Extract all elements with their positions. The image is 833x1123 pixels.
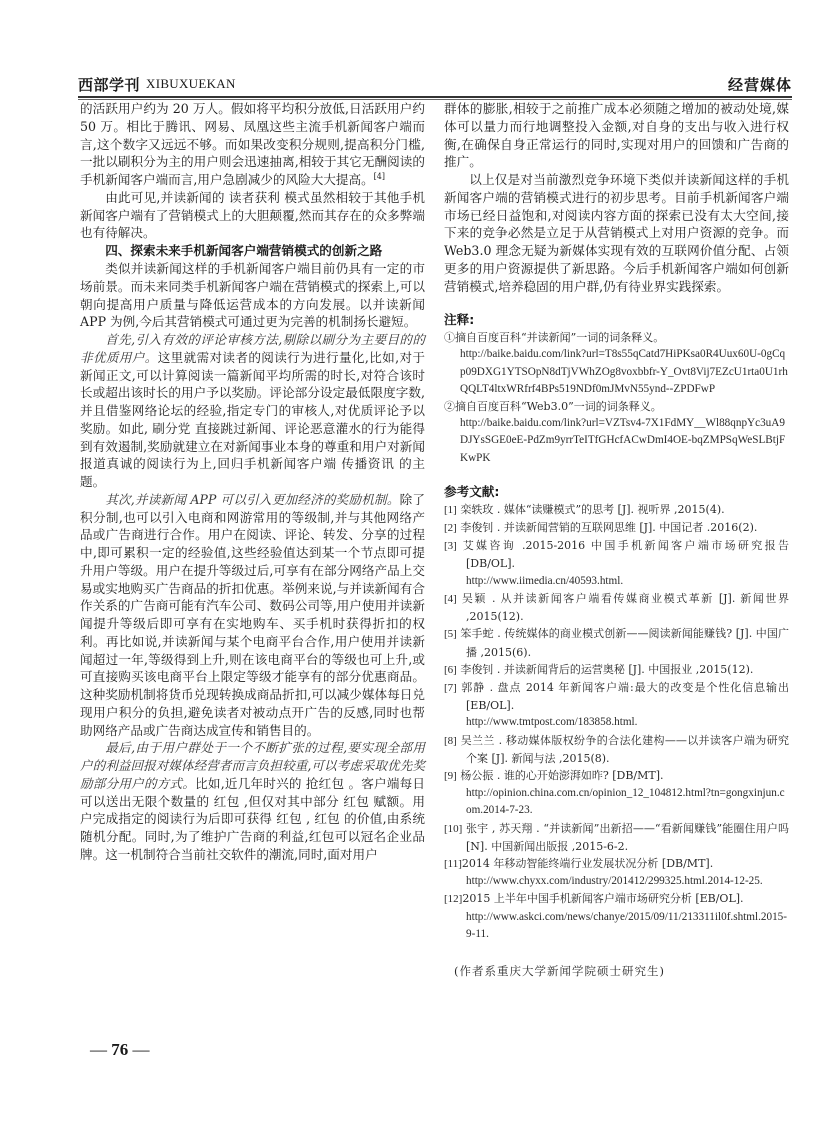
paragraph: 最后,由于用户群处于一个不断扩张的过程,要实现全部用户的利益回报对媒体经营者而言…: [80, 739, 425, 863]
section-name: 经营媒体: [728, 74, 792, 95]
header-rule: [78, 96, 792, 98]
reference-text: 2014 年移动智能终端行业发展状况分析 [DB/MT].: [462, 857, 713, 870]
reference-url[interactable]: http://www.chyxx.com/industry/201412/299…: [466, 873, 789, 890]
note-marker: ①: [444, 331, 455, 344]
references-list: [1] 栾轶玫 . 媒体“读赚模式”的思考 [J]. 视听界 ,2015(4).…: [444, 501, 789, 943]
reference-number: [12]: [444, 893, 462, 905]
paragraph-text: 这里就需对读者的阅读行为进行量化,比如,对于新闻正文,可以计算阅读一篇新闻平均所…: [80, 350, 425, 489]
reference-number: [9]: [444, 770, 457, 782]
paragraph: 首先,引入有效的评论审核方法,剔除以刷分为主要目的的非优质用户。这里就需对读者的…: [80, 331, 425, 491]
note-text: 摘自百度百科“并读新闻”一词的词条释义。: [455, 331, 664, 344]
reference-text: 笨手蛇 . 传统媒体的商业模式创新——阅读新闻能赚钱? [J]. 中国广播 ,2…: [460, 627, 789, 658]
reference-item: [9] 杨公振 . 谁的心开始澎湃如昨? [DB/MT].http://opin…: [444, 767, 789, 820]
note-url[interactable]: http://baike.baidu.com/link?url=T8s55qCa…: [460, 346, 789, 398]
reference-item: [10] 张宇 , 苏天翔 . “并读新闻”出新招——“看新闻赚钱”能圈住用户吗…: [444, 820, 789, 855]
left-column: 的活跃用户约为 20 万人。假如将平均积分放低,日活跃用户约 50 万。相比于腾…: [80, 100, 425, 864]
reference-url[interactable]: http://www.askci.com/news/chanye/2015/09…: [466, 909, 789, 943]
reference-text: 栾轶玫 . 媒体“读赚模式”的思考 [J]. 视听界 ,2015(4).: [460, 503, 724, 516]
reference-item: [4] 吴颖 . 从并读新闻客户端看传媒商业模式革新 [J]. 新闻世界 ,20…: [444, 590, 789, 625]
journal-name: 西部学刊: [78, 74, 140, 95]
running-header: 西部学刊 XIBUXUEKAN 经营媒体: [78, 74, 792, 96]
notes-list: ①摘自百度百科“并读新闻”一词的词条释义。 http://baike.baidu…: [444, 329, 789, 467]
reference-item: [11]2014 年移动智能终端行业发展状况分析 [DB/MT].http://…: [444, 855, 789, 890]
journal-pinyin: XIBUXUEKAN: [146, 76, 236, 92]
reference-number: [2]: [444, 522, 457, 534]
reference-url[interactable]: http://www.iimedia.cn/40593.html.: [466, 573, 789, 590]
page-number: — 76 —: [90, 1040, 150, 1060]
paragraph-text: 除了积分制,也可以引入电商和网游常用的等级制,并与其他网络产品或广告商进行合作。…: [80, 492, 425, 738]
reference-text: 张宇 , 苏天翔 . “并读新闻”出新招——“看新闻赚钱”能圈住用户吗 [N].…: [466, 822, 789, 853]
reference-number: [11]: [444, 858, 462, 870]
paragraph: 其次,并读新闻 APP 可以引入更加经济的奖励机制。除了积分制,也可以引入电商和…: [80, 491, 425, 740]
reference-text: 2015 上半年中国手机新闻客户端市场研究分析 [EB/OL].: [462, 892, 743, 905]
paragraph: 以上仅是对当前激烈竞争环境下类似并读新闻这样的手机新闻客户端的营销模式进行的初步…: [444, 171, 789, 295]
reference-number: [8]: [444, 735, 457, 747]
paragraph: 的活跃用户约为 20 万人。假如将平均积分放低,日活跃用户约 50 万。相比于腾…: [80, 100, 425, 189]
reference-text: 李俊钊 . 并读新闻营销的互联网思维 [J]. 中国记者 .2016(2).: [460, 521, 757, 534]
note-text: 摘自百度百科“Web3.0”一词的词条释义。: [455, 400, 662, 413]
page-number-value: 76: [111, 1040, 128, 1059]
page-dash-right: —: [133, 1040, 150, 1059]
reference-item: [2] 李俊钊 . 并读新闻营销的互联网思维 [J]. 中国记者 .2016(2…: [444, 519, 789, 537]
reference-number: [10]: [444, 823, 462, 835]
reference-item: [6] 李俊钊 . 并读新闻背后的运营奥秘 [J]. 中国报业 ,2015(12…: [444, 661, 789, 679]
lead-sentence: 其次,并读新闻 APP 可以引入更加经济的奖励机制。: [105, 492, 399, 507]
reference-item: [8] 吴兰兰 . 移动媒体版权纷争的合法化建构——以并读客户端为研究个案 [J…: [444, 732, 789, 767]
reference-url[interactable]: http://www.tmtpost.com/183858.html.: [466, 714, 789, 731]
reference-text: 郭静 . 盘点 2014 年新闻客户端:最大的改变是个性化信息输出 [EB/OL…: [461, 681, 789, 712]
reference-item: [3] 艾媒咨询 .2015-2016 中国手机新闻客户端市场研究报告 [DB/…: [444, 537, 789, 590]
reference-item: [12]2015 上半年中国手机新闻客户端市场研究分析 [EB/OL].http…: [444, 890, 789, 943]
references-title: 参考文献:: [444, 483, 789, 501]
paragraph: 由此可见,并读新闻的 读者获利 模式虽然相较于其他手机新闻客户端有了营销模式上的…: [80, 189, 425, 242]
reference-number: [7]: [444, 682, 457, 694]
reference-number: [1]: [444, 504, 457, 516]
reference-item: [1] 栾轶玫 . 媒体“读赚模式”的思考 [J]. 视听界 ,2015(4).: [444, 501, 789, 519]
note-item: ②摘自百度百科“Web3.0”一词的词条释义。 http://baike.bai…: [444, 398, 789, 467]
author-affiliation: (作者系重庆大学新闻学院硕士研究生): [444, 963, 789, 981]
reference-text: 艾媒咨询 .2015-2016 中国手机新闻客户端市场研究报告 [DB/OL].: [463, 539, 789, 570]
reference-item: [5] 笨手蛇 . 传统媒体的商业模式创新——阅读新闻能赚钱? [J]. 中国广…: [444, 625, 789, 660]
citation-marker: [4]: [374, 172, 385, 181]
note-url[interactable]: http://baike.baidu.com/link?url=VZTsv4-7…: [460, 415, 789, 467]
reference-number: [4]: [444, 593, 457, 605]
reference-item: [7] 郭静 . 盘点 2014 年新闻客户端:最大的改变是个性化信息输出 [E…: [444, 679, 789, 732]
page-dash-left: —: [90, 1040, 107, 1059]
notes-title: 注释:: [444, 311, 789, 329]
note-item: ①摘自百度百科“并读新闻”一词的词条释义。 http://baike.baidu…: [444, 329, 789, 398]
reference-text: 杨公振 . 谁的心开始澎湃如昨? [DB/MT].: [460, 769, 663, 782]
paragraph: 群体的膨胀,相较于之前推广成本必须随之增加的被动处境,媒体可以量力而行地调整投入…: [444, 100, 789, 171]
reference-number: [5]: [444, 628, 457, 640]
section-heading: 四、探索未来手机新闻客户端营销模式的创新之路: [80, 242, 425, 260]
reference-number: [6]: [444, 664, 457, 676]
reference-text: 李俊钊 . 并读新闻背后的运营奥秘 [J]. 中国报业 ,2015(12).: [460, 663, 753, 676]
reference-text: 吴颖 . 从并读新闻客户端看传媒商业模式革新 [J]. 新闻世界 ,2015(1…: [462, 592, 789, 623]
reference-number: [3]: [444, 540, 457, 552]
reference-url[interactable]: http://opinion.china.com.cn/opinion_12_1…: [466, 785, 789, 819]
reference-text: 吴兰兰 . 移动媒体版权纷争的合法化建构——以并读客户端为研究个案 [J]. 新…: [461, 734, 789, 765]
paragraph: 类似并读新闻这样的手机新闻客户端目前仍具有一定的市场前景。而未来同类手机新闻客户…: [80, 260, 425, 331]
right-column: 群体的膨胀,相较于之前推广成本必须随之增加的被动处境,媒体可以量力而行地调整投入…: [444, 100, 789, 981]
note-marker: ②: [444, 400, 455, 413]
